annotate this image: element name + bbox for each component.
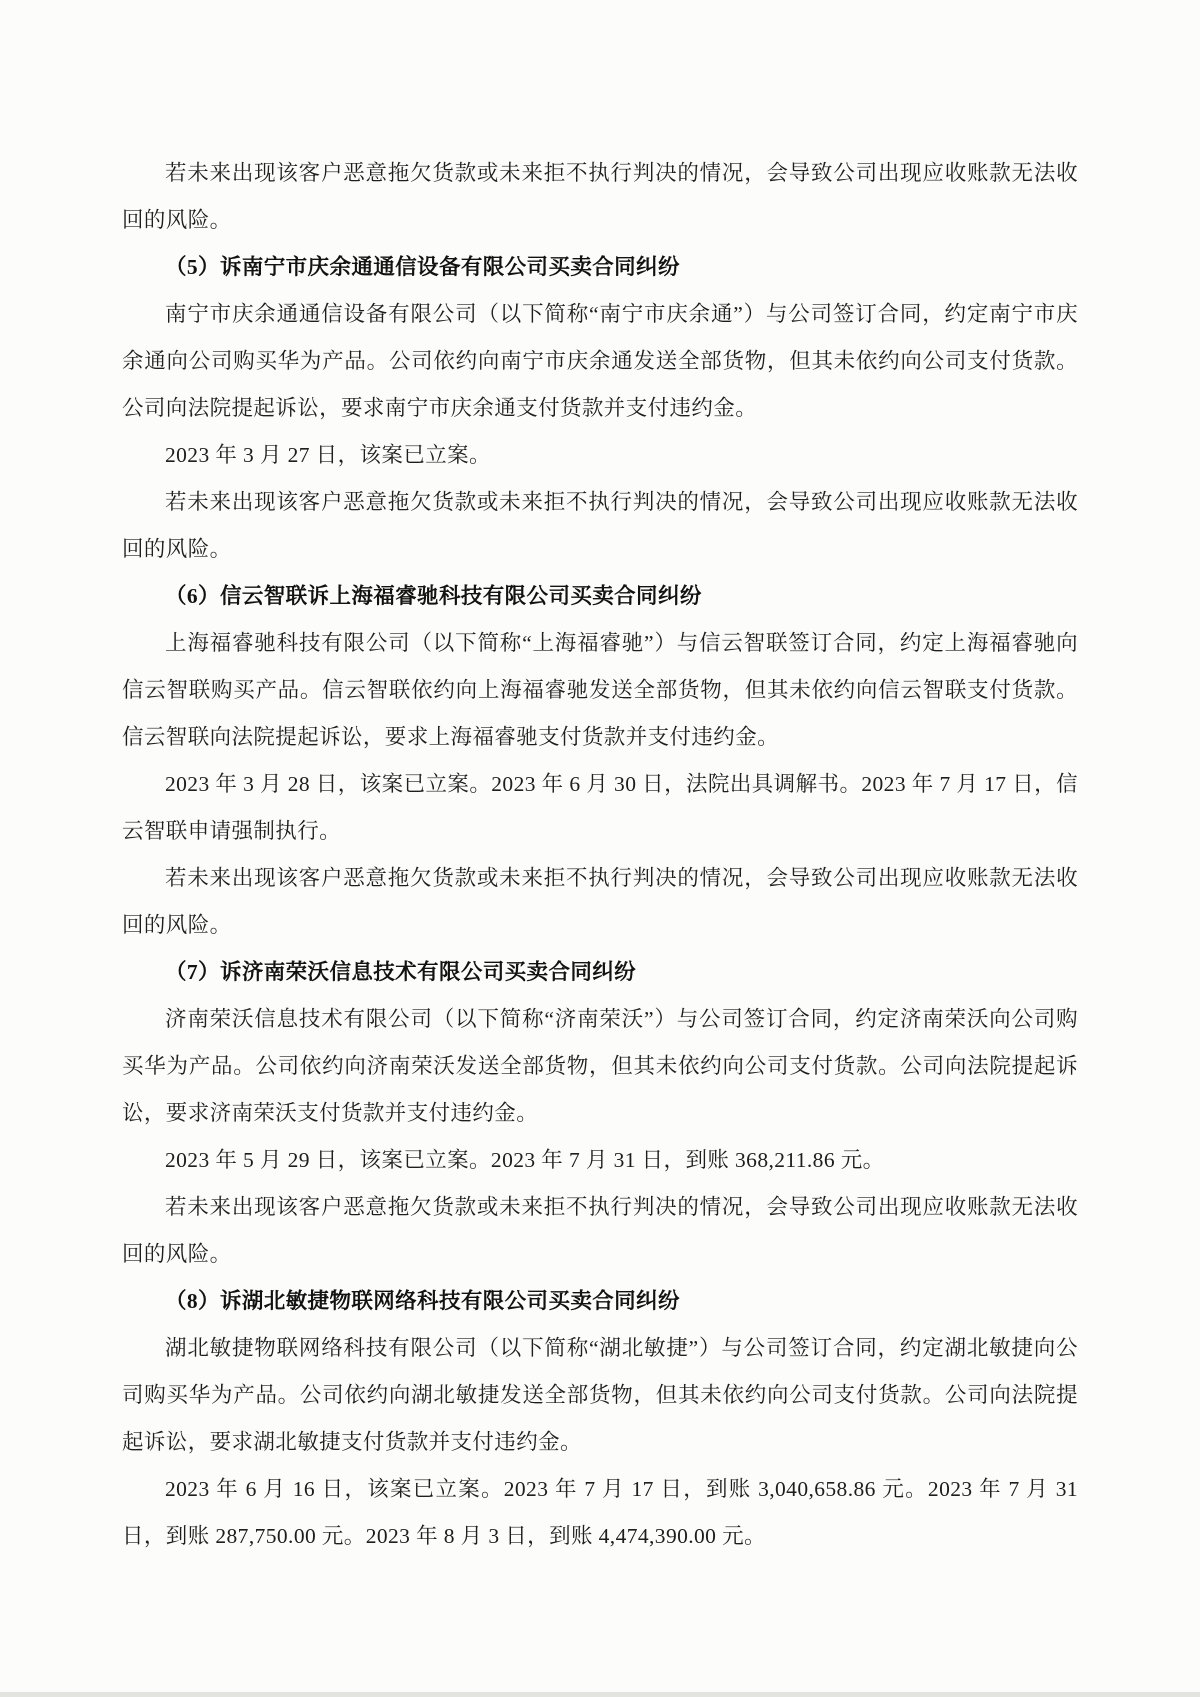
section-heading: （6）信云智联诉上海福睿驰科技有限公司买卖合同纠纷 (122, 573, 1078, 620)
section-heading: （8）诉湖北敏捷物联网络科技有限公司买卖合同纠纷 (122, 1278, 1078, 1325)
paragraph: 湖北敏捷物联网络科技有限公司（以下简称“湖北敏捷”）与公司签订合同，约定湖北敏捷… (122, 1325, 1078, 1466)
paragraph: 南宁市庆余通通信设备有限公司（以下简称“南宁市庆余通”）与公司签订合同，约定南宁… (122, 291, 1078, 432)
section-heading: （7）诉济南荣沃信息技术有限公司买卖合同纠纷 (122, 949, 1078, 996)
paragraph: 若未来出现该客户恶意拖欠货款或未来拒不执行判决的情况，会导致公司出现应收账款无法… (122, 1184, 1078, 1278)
paragraph: 2023 年 6 月 16 日，该案已立案。2023 年 7 月 17 日，到账… (122, 1466, 1078, 1560)
paragraph: 济南荣沃信息技术有限公司（以下简称“济南荣沃”）与公司签订合同，约定济南荣沃向公… (122, 996, 1078, 1137)
paragraph: 上海福睿驰科技有限公司（以下简称“上海福睿驰”）与信云智联签订合同，约定上海福睿… (122, 620, 1078, 761)
paragraph: 2023 年 5 月 29 日，该案已立案。2023 年 7 月 31 日，到账… (122, 1137, 1078, 1184)
section-heading: （5）诉南宁市庆余通通信设备有限公司买卖合同纠纷 (122, 244, 1078, 291)
paragraph: 若未来出现该客户恶意拖欠货款或未来拒不执行判决的情况，会导致公司出现应收账款无法… (122, 855, 1078, 949)
paragraph: 若未来出现该客户恶意拖欠货款或未来拒不执行判决的情况，会导致公司出现应收账款无法… (122, 479, 1078, 573)
document-page: 若未来出现该客户恶意拖欠货款或未来拒不执行判决的情况，会导致公司出现应收账款无法… (0, 0, 1200, 1697)
paragraph: 2023 年 3 月 28 日，该案已立案。2023 年 6 月 30 日，法院… (122, 761, 1078, 855)
paragraph: 2023 年 3 月 27 日，该案已立案。 (122, 432, 1078, 479)
paragraph: 若未来出现该客户恶意拖欠货款或未来拒不执行判决的情况，会导致公司出现应收账款无法… (122, 150, 1078, 244)
document-content: 若未来出现该客户恶意拖欠货款或未来拒不执行判决的情况，会导致公司出现应收账款无法… (122, 150, 1078, 1560)
